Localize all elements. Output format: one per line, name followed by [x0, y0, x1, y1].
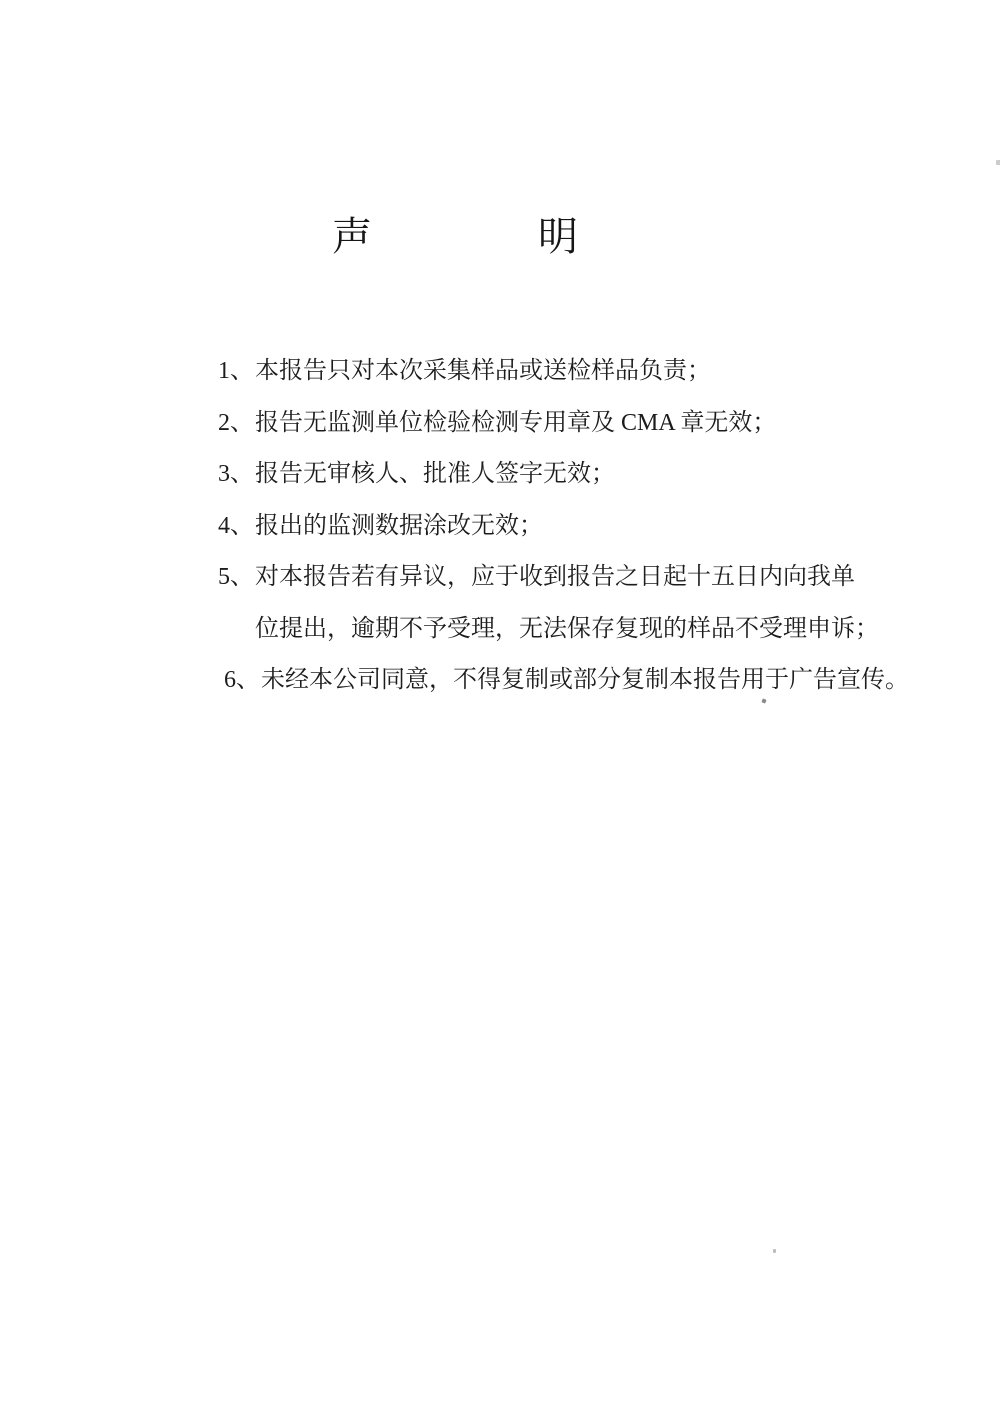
item-line: 未经本公司同意，不得复制或部分复制本报告用于广告宣传。 [261, 655, 898, 707]
declaration-item-6: 6、 未经本公司同意，不得复制或部分复制本报告用于广告宣传。 [224, 655, 898, 707]
item-line: 位提出，逾期不予受理，无法保存复现的样品不受理申诉； [255, 604, 898, 656]
item-number: 2、 [218, 398, 254, 450]
declaration-item-2: 2、 报告无监测单位检验检测专用章及 CMA 章无效； [218, 398, 898, 450]
declaration-item-5: 5、 对本报告若有异议，应于收到报告之日起十五日内向我单 位提出，逾期不予受理，… [218, 552, 898, 655]
page-title: 声明 [332, 214, 578, 260]
item-number: 5、 [218, 552, 254, 604]
item-number: 3、 [218, 449, 254, 501]
scan-artifact-speck [773, 1249, 776, 1253]
document-page: 声明 1、 本报告只对本次采集样品或送检样品负责； 2、 报告无监测单位检验检测… [0, 0, 1000, 1417]
title-char-sheng: 声 [332, 214, 372, 259]
item-number: 1、 [218, 346, 254, 398]
declaration-list: 1、 本报告只对本次采集样品或送检样品负责； 2、 报告无监测单位检验检测专用章… [218, 346, 898, 707]
scan-artifact-speck [996, 160, 1000, 165]
item-line: 对本报告若有异议，应于收到报告之日起十五日内向我单 [255, 552, 898, 604]
title-char-ming: 明 [538, 214, 578, 259]
item-line: 报告无审核人、批准人签字无效； [255, 449, 898, 501]
declaration-item-3: 3、 报告无审核人、批准人签字无效； [218, 449, 898, 501]
item-line: 报告无监测单位检验检测专用章及 CMA 章无效； [255, 398, 898, 450]
declaration-item-1: 1、 本报告只对本次采集样品或送检样品负责； [218, 346, 898, 398]
declaration-item-4: 4、 报出的监测数据涂改无效； [218, 501, 898, 553]
item-number: 6、 [224, 655, 260, 707]
item-number: 4、 [218, 501, 254, 553]
item-line: 报出的监测数据涂改无效； [255, 501, 898, 553]
item-line: 本报告只对本次采集样品或送检样品负责； [255, 346, 898, 398]
